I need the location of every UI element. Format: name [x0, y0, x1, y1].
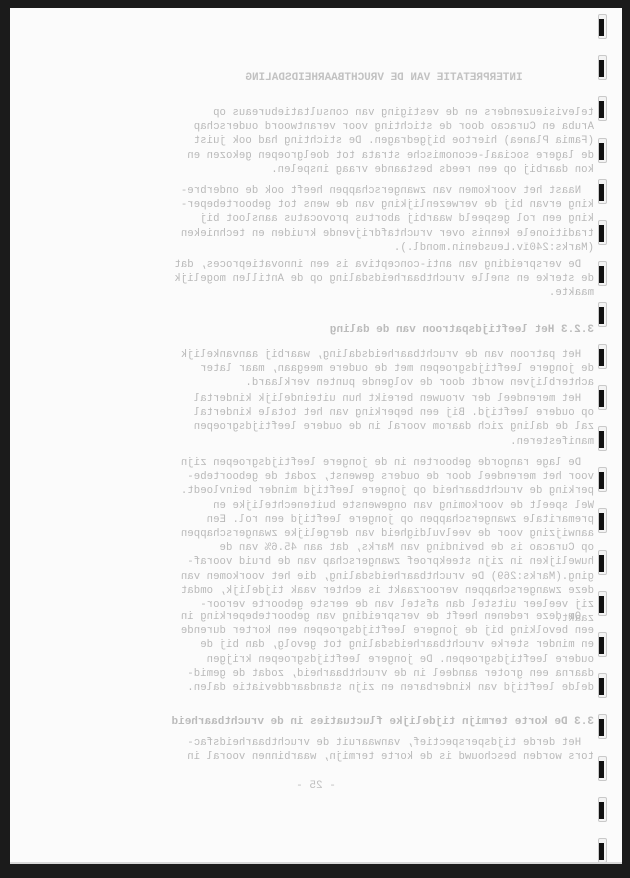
- binder-hole: [598, 550, 607, 575]
- running-title: INTERPRETATIE VAN DE VRUCHTBAARHEIDSDALI…: [174, 72, 594, 84]
- binder-hole: [598, 797, 607, 822]
- paragraph: Het merendeel der vrouwen bereikt hun ui…: [74, 392, 594, 449]
- binder-hole: [598, 591, 607, 616]
- binder-hole: [598, 179, 607, 204]
- binder-hole: [598, 426, 607, 451]
- paragraph: Naast het voorkomen van zwangerschappen …: [74, 184, 594, 255]
- show-through-text: INTERPRETATIE VAN DE VRUCHTBAARHEIDSDALI…: [10, 8, 622, 864]
- binder-hole: [598, 138, 607, 163]
- paragraph: televisieuzenders en de vestiging van co…: [74, 106, 594, 177]
- binder-hole: [598, 838, 607, 863]
- binder-hole: [598, 55, 607, 80]
- binder-hole: [598, 344, 607, 369]
- binder-hole: [598, 673, 607, 698]
- paragraph: De lage rangorde geboorten in de jongere…: [74, 456, 594, 626]
- binder-holes: [592, 8, 622, 864]
- binder-hole: [598, 14, 607, 39]
- binder-hole: [598, 714, 607, 739]
- binder-hole: [598, 467, 607, 492]
- paragraph: De verspreiding van anti-conceptiva is e…: [74, 258, 594, 301]
- binder-hole: [598, 756, 607, 781]
- page-number: - 25 -: [10, 780, 622, 792]
- binder-hole: [598, 220, 607, 245]
- paragraph: Het derde tijdsperspectief, vanwaaruit d…: [74, 736, 594, 764]
- paragraph: Om deze redenen heeft de verspreiding va…: [74, 610, 594, 695]
- scanned-page: INTERPRETATIE VAN DE VRUCHTBAARHEIDSDALI…: [10, 8, 622, 864]
- binder-hole: [598, 302, 607, 327]
- paragraph: Het patroon van de vruchtbaarheidsdaling…: [74, 348, 594, 391]
- binder-hole: [598, 96, 607, 121]
- binder-hole: [598, 508, 607, 533]
- binder-hole: [598, 261, 607, 286]
- binder-hole: [598, 385, 607, 410]
- binder-hole: [598, 632, 607, 657]
- section-heading: 3.3 De korte termijn tijdelijke fluctuat…: [172, 716, 594, 728]
- section-heading: 3.2.3 Het leeftijdspatroon van de daling: [330, 324, 594, 336]
